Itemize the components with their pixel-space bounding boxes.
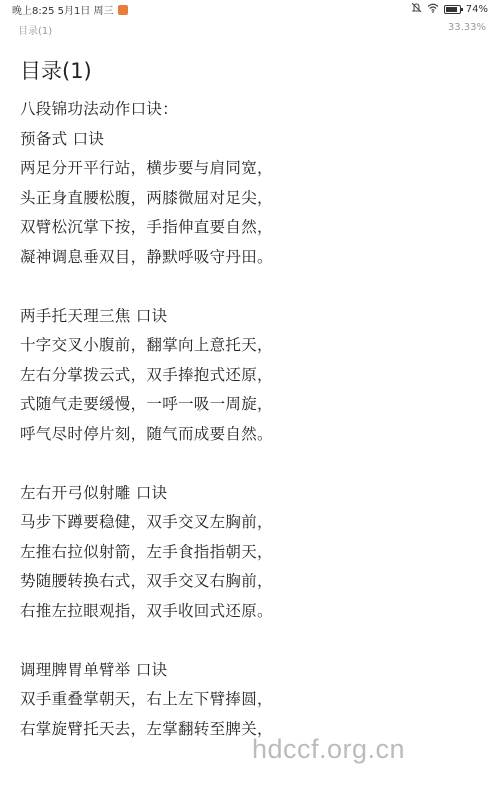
verse-line: 十字交叉小腹前，翻掌向上意托天， bbox=[20, 331, 484, 361]
reader-content[interactable]: 目录(1) 八段锦功法动作口诀： 预备式 口诀 两足分开平行站，横步要与肩同宽，… bbox=[20, 56, 484, 744]
verse-line: 势随腰转换右式，双手交叉右胸前， bbox=[20, 567, 484, 597]
status-bar-left: 晚上8:25 5月1日 周三 bbox=[12, 2, 128, 17]
paragraph-spacer bbox=[20, 449, 484, 479]
mute-icon bbox=[411, 2, 422, 16]
reader-header: 目录(1) 33.33% bbox=[18, 22, 486, 38]
section-heading: 调理脾胃单臂举 口诀 bbox=[20, 656, 484, 686]
verse-line: 双手重叠掌朝天，右上左下臂捧圆， bbox=[20, 685, 484, 715]
verse-line: 两足分开平行站，横步要与肩同宽， bbox=[20, 154, 484, 184]
reading-progress: 33.33% bbox=[448, 22, 486, 33]
verse-line: 左推右拉似射箭，左手食指指朝天， bbox=[20, 538, 484, 568]
verse-line: 右推左拉眼观指，双手收回式还原。 bbox=[20, 597, 484, 627]
verse-line: 头正身直腰松腹，两膝微屈对足尖， bbox=[20, 184, 484, 214]
verse-line: 双臂松沉掌下按，手指伸直要自然， bbox=[20, 213, 484, 243]
current-chapter-label: 目录(1) bbox=[18, 22, 52, 37]
verse-line: 马步下蹲要稳健，双手交叉左胸前， bbox=[20, 508, 484, 538]
status-time: 晚上8:25 5月1日 周三 bbox=[12, 2, 114, 17]
section-heading: 两手托天理三焦 口诀 bbox=[20, 302, 484, 332]
battery-icon bbox=[444, 5, 461, 14]
intro-line: 八段锦功法动作口诀： bbox=[20, 95, 484, 125]
paragraph-spacer bbox=[20, 626, 484, 656]
wifi-icon bbox=[427, 3, 439, 16]
watermark: hdccf.org.cn bbox=[252, 734, 405, 765]
section-heading: 预备式 口诀 bbox=[20, 125, 484, 155]
paragraph-spacer bbox=[20, 272, 484, 302]
verse-line: 呼气尽时停片刻，随气而成要自然。 bbox=[20, 420, 484, 450]
status-bar-right: 74% bbox=[411, 2, 488, 16]
section-heading: 左右开弓似射雕 口诀 bbox=[20, 479, 484, 509]
battery-percent: 74% bbox=[466, 4, 488, 15]
verse-line: 式随气走要缓慢，一呼一吸一周旋， bbox=[20, 390, 484, 420]
notification-app-icon bbox=[118, 5, 128, 15]
verse-line: 左右分掌拨云式，双手捧抱式还原， bbox=[20, 361, 484, 391]
chapter-title: 目录(1) bbox=[20, 56, 484, 86]
status-bar: 晚上8:25 5月1日 周三 74% bbox=[0, 0, 500, 18]
verse-line: 凝神调息垂双目，静默呼吸守丹田。 bbox=[20, 243, 484, 273]
